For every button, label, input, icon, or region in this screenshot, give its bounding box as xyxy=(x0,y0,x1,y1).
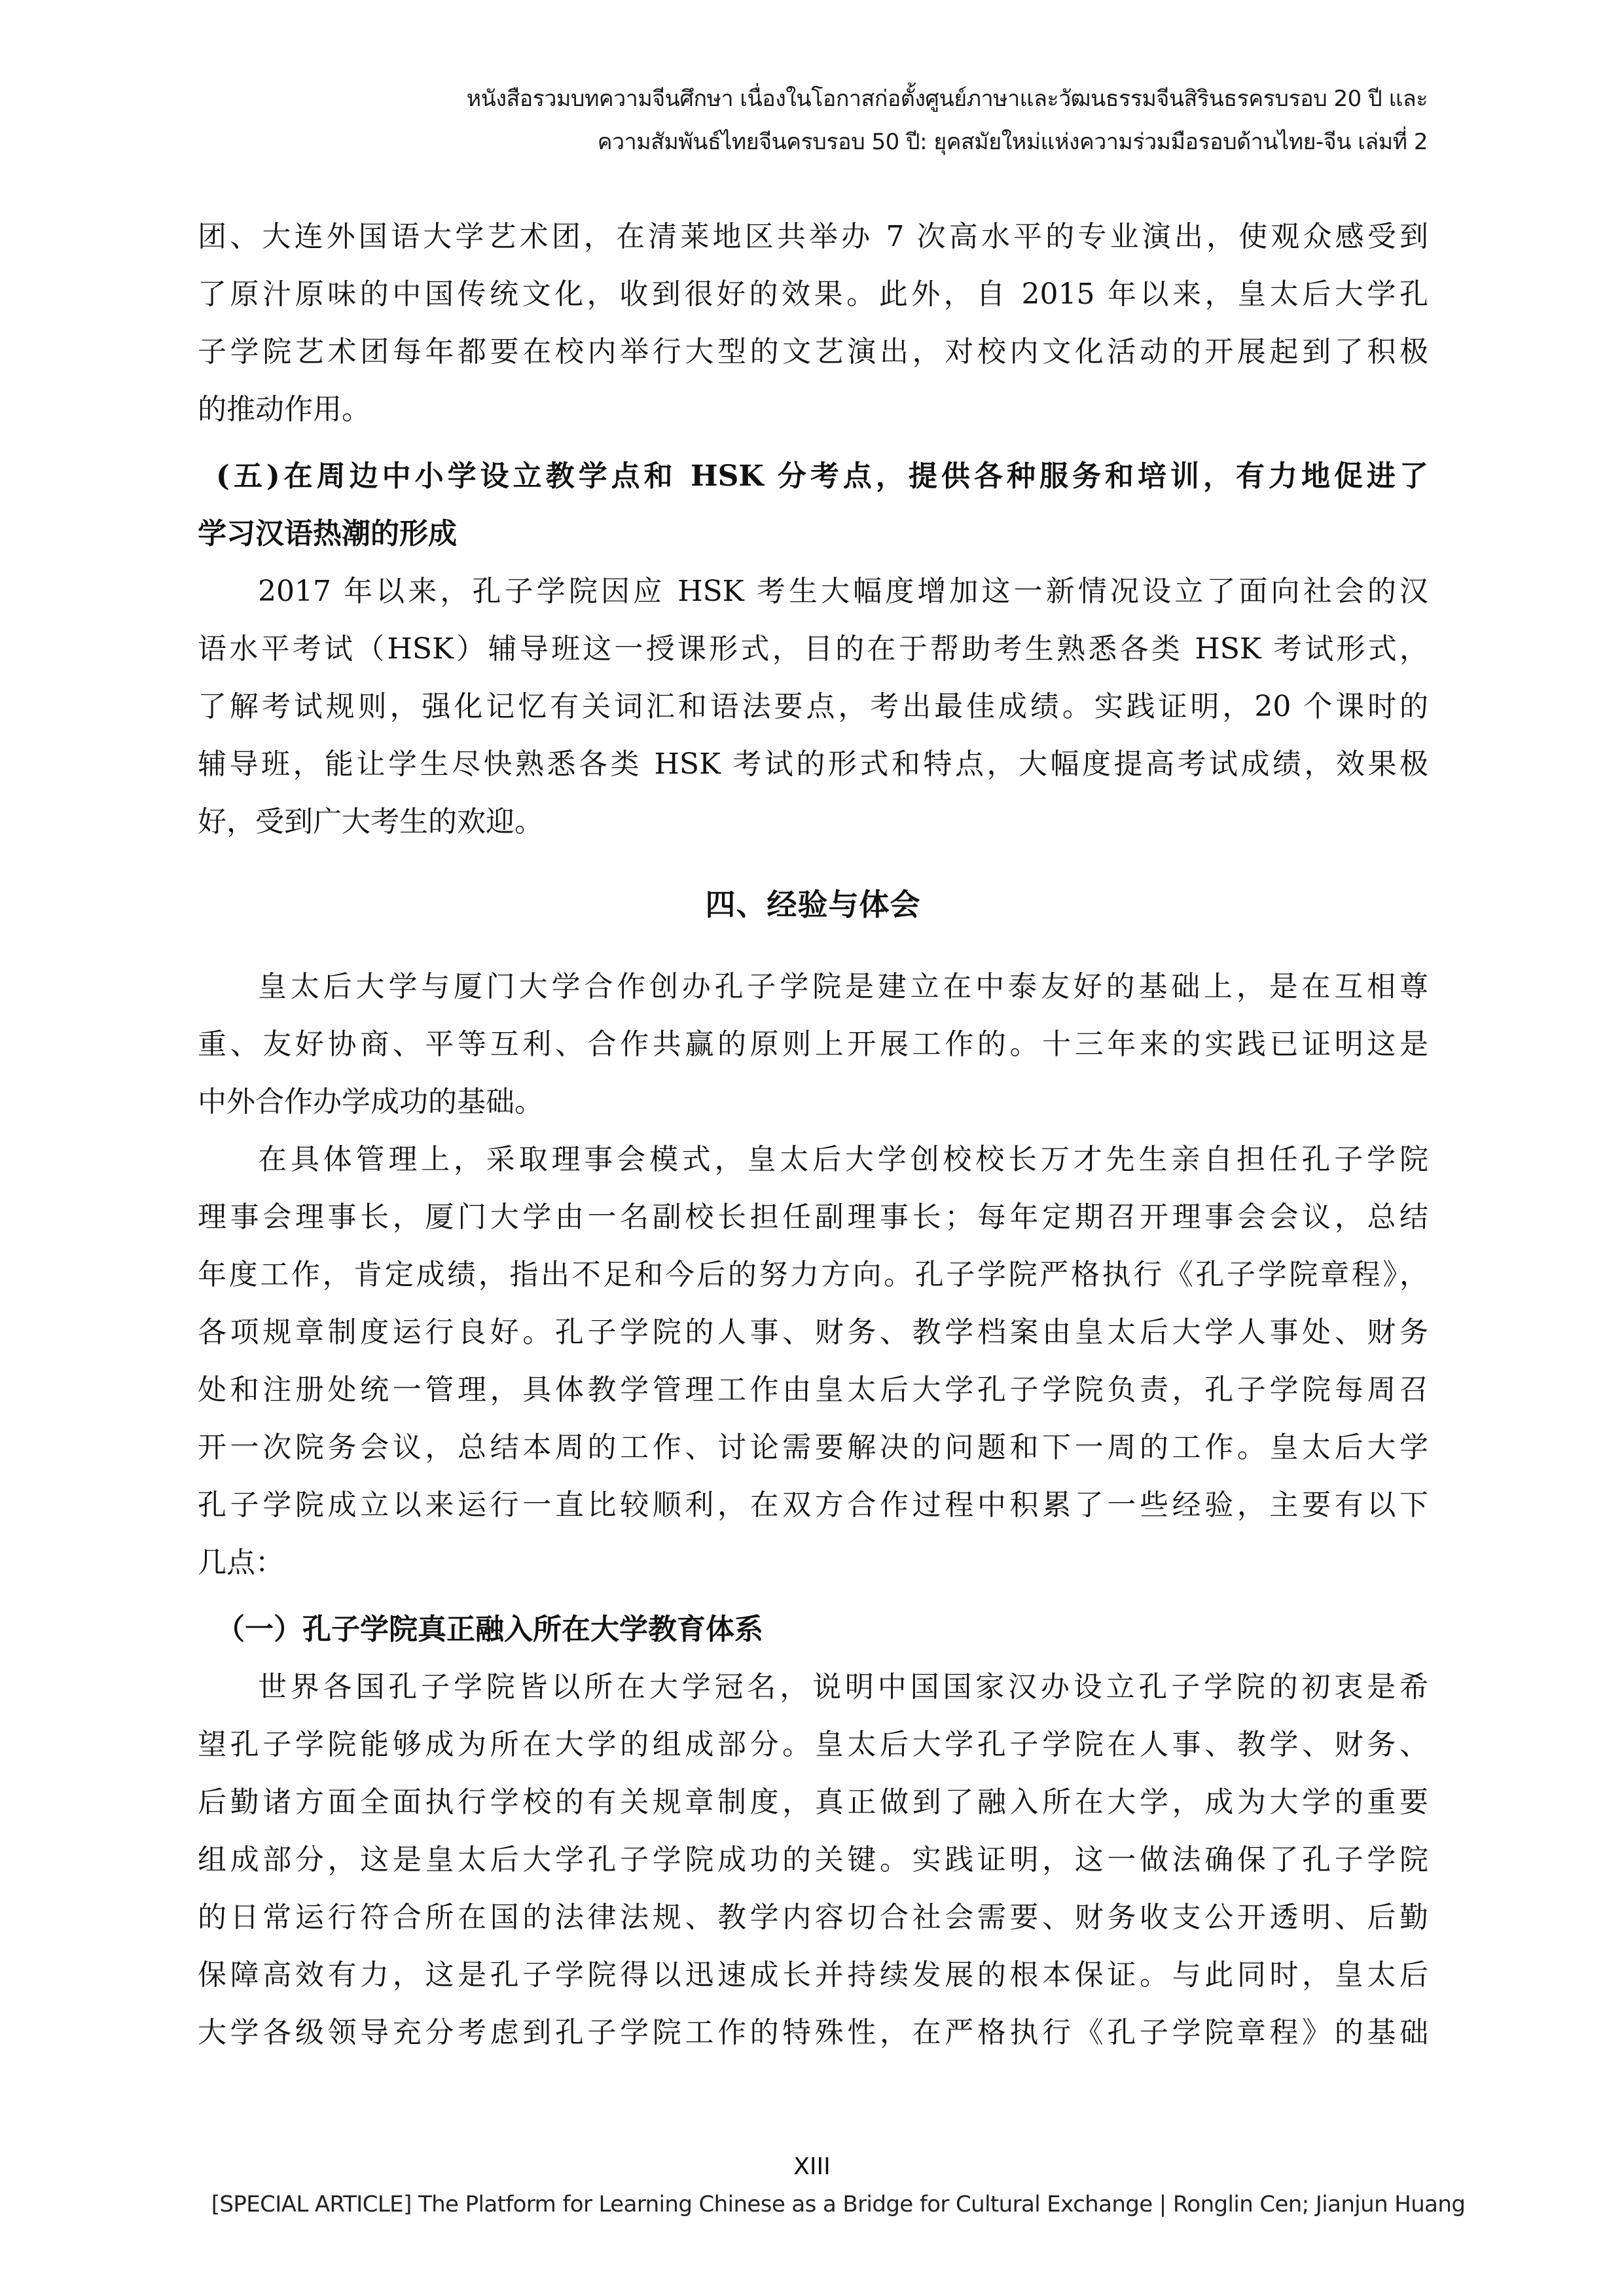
text-line: 各项规章制度运行良好。孔子学院的人事、财务、教学档案由皇太后大学人事处、财务 xyxy=(198,1304,1428,1361)
text-line: 望孔子学院能够成为所在大学的组成部分。皇太后大学孔子学院在人事、教学、财务、 xyxy=(198,1716,1428,1774)
text-line: 年度工作，肯定成绩，指出不足和今后的努力方向。孔子学院严格执行《孔子学院章程》， xyxy=(198,1246,1428,1304)
page-body: 团、大连外国语大学艺术团，在清莱地区共举办 7 次高水平的专业演出，使观众感受到… xyxy=(198,208,1428,2062)
text-line: 组成部分，这是皇太后大学孔子学院成功的关键。实践证明，这一做法确保了孔子学院 xyxy=(198,1831,1428,1889)
text-line: 2017 年以来，孔子学院因应 HSK 考生大幅度增加这一新情况设立了面向社会的… xyxy=(198,563,1428,620)
text-line: 孔子学院成立以来运行一直比较顺利，在双方合作过程中积累了一些经验，主要有以下 xyxy=(198,1477,1428,1534)
section-title: 四、经验与体会 xyxy=(198,876,1428,933)
text-line: 皇太后大学与厦门大学合作创办孔子学院是建立在中泰友好的基础上，是在互相尊 xyxy=(198,958,1428,1016)
running-header-line-1: หนังสือรวมบทความจีนศึกษา เนื่องในโอกาสก่… xyxy=(467,77,1428,120)
text-line: 语水平考试（HSK）辅导班这一授课形式，目的在于帮助考生熟悉各类 HSK 考试形… xyxy=(198,620,1428,678)
text-line: 好，受到广大考生的欢迎。 xyxy=(198,793,1428,851)
text-line: 子学院艺术团每年都要在校内举行大型的文艺演出，对校内文化活动的开展起到了积极 xyxy=(198,323,1428,381)
text-line: 处和注册处统一管理，具体教学管理工作由皇太后大学孔子学院负责，孔子学院每周召 xyxy=(198,1361,1428,1419)
paragraph-hsk-tutoring: 2017 年以来，孔子学院因应 HSK 考生大幅度增加这一新情况设立了面向社会的… xyxy=(198,563,1428,851)
text-line: 大学各级领导充分考虑到孔子学院工作的特殊性，在严格执行《孔子学院章程》的基础 xyxy=(198,2004,1428,2062)
running-header-line-2: ความสัมพันธ์ไทยจีนครบรอบ 50 ปี: ยุคสมัยใ… xyxy=(467,120,1428,164)
text-line: 中外合作办学成功的基础。 xyxy=(198,1073,1428,1131)
running-header: หนังสือรวมบทความจีนศึกษา เนื่องในโอกาสก่… xyxy=(467,77,1428,164)
text-line: 理事会理事长，厦门大学由一名副校长担任副理事长；每年定期召开理事会会议，总结 xyxy=(198,1189,1428,1246)
subheading-hsk-centers: (五)在周边中小学设立教学点和 HSK 分考点，提供各种服务和培训，有力地促进了… xyxy=(198,448,1428,563)
text-line: 了原汁原味的中国传统文化，收到很好的效果。此外，自 2015 年以来，皇太后大学… xyxy=(198,266,1428,323)
paragraph-management: 在具体管理上，采取理事会模式，皇太后大学创校校长万才先生亲自担任孔子学院 理事会… xyxy=(198,1131,1428,1592)
text-line: 重、友好协商、平等互利、合作共赢的原则上开展工作的。十三年来的实践已证明这是 xyxy=(198,1016,1428,1073)
text-line: 辅导班，能让学生尽快熟悉各类 HSK 考试的形式和特点，大幅度提高考试成绩，效果… xyxy=(198,736,1428,793)
text-line: 几点： xyxy=(198,1534,1428,1592)
text-line: 的推动作用。 xyxy=(198,381,1428,439)
text-line: 在具体管理上，采取理事会模式，皇太后大学创校校长万才先生亲自担任孔子学院 xyxy=(198,1131,1428,1189)
page-number: XIII xyxy=(0,2153,1624,2180)
paragraph-cooperation-basis: 皇太后大学与厦门大学合作创办孔子学院是建立在中泰友好的基础上，是在互相尊 重、友… xyxy=(198,958,1428,1131)
subheading-line: 学习汉语热潮的形成 xyxy=(198,505,1428,563)
text-line: 的日常运行符合所在国的法律法规、教学内容切合社会需要、财务收支公开透明、后勤 xyxy=(198,1889,1428,1946)
subheading-integration: （一）孔子学院真正融入所在大学教育体系 xyxy=(198,1601,1428,1659)
text-line: 后勤诸方面全面执行学校的有关规章制度，真正做到了融入所在大学，成为大学的重要 xyxy=(198,1774,1428,1831)
paragraph-integration: 世界各国孔子学院皆以所在大学冠名，说明中国国家汉办设立孔子学院的初衷是希 望孔子… xyxy=(198,1659,1428,2062)
subheading-line: (五)在周边中小学设立教学点和 HSK 分考点，提供各种服务和培训，有力地促进了 xyxy=(198,448,1428,505)
text-line: 了解考试规则，强化记忆有关词汇和语法要点，考出最佳成绩。实践证明，20 个课时的 xyxy=(198,678,1428,736)
text-line: 世界各国孔子学院皆以所在大学冠名，说明中国国家汉办设立孔子学院的初衷是希 xyxy=(198,1659,1428,1716)
text-line: 团、大连外国语大学艺术团，在清莱地区共举办 7 次高水平的专业演出，使观众感受到 xyxy=(198,208,1428,266)
footer-citation: [SPECIAL ARTICLE] The Platform for Learn… xyxy=(0,2191,1624,2217)
paragraph-art-troupe: 团、大连外国语大学艺术团，在清莱地区共举办 7 次高水平的专业演出，使观众感受到… xyxy=(198,208,1428,439)
text-line: 开一次院务会议，总结本周的工作、讨论需要解决的问题和下一周的工作。皇太后大学 xyxy=(198,1419,1428,1477)
text-line: 保障高效有力，这是孔子学院得以迅速成长并持续发展的根本保证。与此同时，皇太后 xyxy=(198,1946,1428,2004)
